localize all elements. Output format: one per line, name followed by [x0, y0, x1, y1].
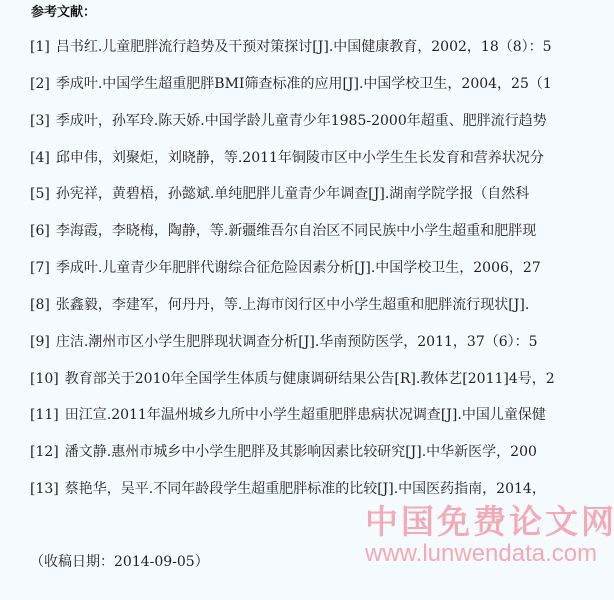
reference-number: [6] — [30, 223, 50, 239]
reference-text: 李海霞，李晓梅，陶静，等.新疆维吾尔自治区不同民族中小学生超重和肥胖现 — [56, 223, 536, 239]
reference-text: 季成叶.中国学生超重肥胖BMI筛查标准的应用[J].中国学校卫生，2004，25… — [56, 76, 552, 92]
reference-number: [2] — [30, 76, 50, 92]
reference-item: [4]邱申伟，刘聚炬，刘晓静，等.2011年铜陵市区中小学生生长发育和营养状况分 — [30, 149, 555, 186]
reference-number: [8] — [30, 297, 50, 313]
document-page: 参考文献： [1]吕书红.儿童肥胖流行趋势及干预对策探讨[J].中国健康教育，2… — [0, 0, 614, 600]
reference-text: 季成叶，孙军玲.陈天娇.中国学龄儿童青少年1985-2000年超重、肥胖流行趋势 — [56, 113, 547, 129]
reference-item: [11]田江宣.2011年温州城乡九所中小学生超重肥胖患病状况调查[J].中国儿… — [30, 406, 555, 443]
reference-number: [9] — [30, 334, 50, 350]
reference-text: 孙宪祥，黄碧梧，孙懿斌.单纯肥胖儿童青少年调查[J].湖南学院学报（自然科 — [56, 186, 529, 202]
reference-item: [9]庄洁.潮州市区小学生肥胖现状调查分析[J].华南预防医学，2011，37（… — [30, 333, 555, 370]
reference-number: [4] — [30, 150, 50, 166]
reference-number: [10] — [30, 371, 59, 387]
reference-item: [1]吕书红.儿童肥胖流行趋势及干预对策探讨[J].中国健康教育，2002，18… — [30, 38, 555, 75]
reference-text: 季成叶.儿童青少年肥胖代谢综合征危险因素分析[J].中国学校卫生，2006，27 — [56, 260, 541, 276]
reference-item: [5]孙宪祥，黄碧梧，孙懿斌.单纯肥胖儿童青少年调查[J].湖南学院学报（自然科 — [30, 185, 555, 222]
reference-text: 庄洁.潮州市区小学生肥胖现状调查分析[J].华南预防医学，2011，37（6）：… — [56, 334, 538, 350]
reference-item: [2]季成叶.中国学生超重肥胖BMI筛查标准的应用[J].中国学校卫生，2004… — [30, 75, 555, 112]
reference-text: 张鑫毅，李建军，何丹丹，等.上海市闵行区中小学生超重和肥胖流行现状[J]. — [56, 297, 529, 313]
reference-number: [1] — [30, 39, 50, 55]
reference-text: 邱申伟，刘聚炬，刘晓静，等.2011年铜陵市区中小学生生长发育和营养状况分 — [56, 150, 544, 166]
received-date: （收稿日期：2014-09-05） — [30, 553, 209, 571]
reference-text: 田江宣.2011年温州城乡九所中小学生超重肥胖患病状况调查[J].中国儿童保健 — [65, 407, 546, 423]
reference-number: [12] — [30, 444, 59, 460]
reference-number: [3] — [30, 113, 50, 129]
reference-text: 潘文静.惠州市城乡中小学生肥胖及其影响因素比较研究[J].中华新医学，200 — [65, 444, 537, 460]
reference-number: [11] — [30, 407, 59, 423]
reference-text: 教育部关于2010年全国学生体质与健康调研结果公告[R].教体艺[2011]4号… — [65, 371, 555, 387]
reference-number: [13] — [30, 481, 59, 497]
reference-item: [13]蔡艳华，吴平.不同年龄段学生超重肥胖标准的比较[J].中国医药指南，20… — [30, 480, 555, 517]
reference-list: [1]吕书红.儿童肥胖流行趋势及干预对策探讨[J].中国健康教育，2002，18… — [30, 38, 555, 517]
reference-item: [10]教育部关于2010年全国学生体质与健康调研结果公告[R].教体艺[201… — [30, 370, 555, 407]
reference-item: [12]潘文静.惠州市城乡中小学生肥胖及其影响因素比较研究[J].中华新医学，2… — [30, 443, 555, 480]
reference-item: [7]季成叶.儿童青少年肥胖代谢综合征危险因素分析[J].中国学校卫生，2006… — [30, 259, 555, 296]
reference-text: 蔡艳华，吴平.不同年龄段学生超重肥胖标准的比较[J].中国医药指南，2014， — [65, 481, 546, 497]
watermark-url: www.lunwendata.com — [365, 540, 614, 568]
reference-item: [3]季成叶，孙军玲.陈天娇.中国学龄儿童青少年1985-2000年超重、肥胖流… — [30, 112, 555, 149]
reference-item: [8]张鑫毅，李建军，何丹丹，等.上海市闵行区中小学生超重和肥胖流行现状[J]. — [30, 296, 555, 333]
reference-number: [5] — [30, 186, 50, 202]
reference-number: [7] — [30, 260, 50, 276]
reference-item: [6]李海霞，李晓梅，陶静，等.新疆维吾尔自治区不同民族中小学生超重和肥胖现 — [30, 222, 555, 259]
references-heading: 参考文献： — [31, 4, 96, 22]
reference-text: 吕书红.儿童肥胖流行趋势及干预对策探讨[J].中国健康教育，2002，18（8）… — [56, 39, 552, 55]
